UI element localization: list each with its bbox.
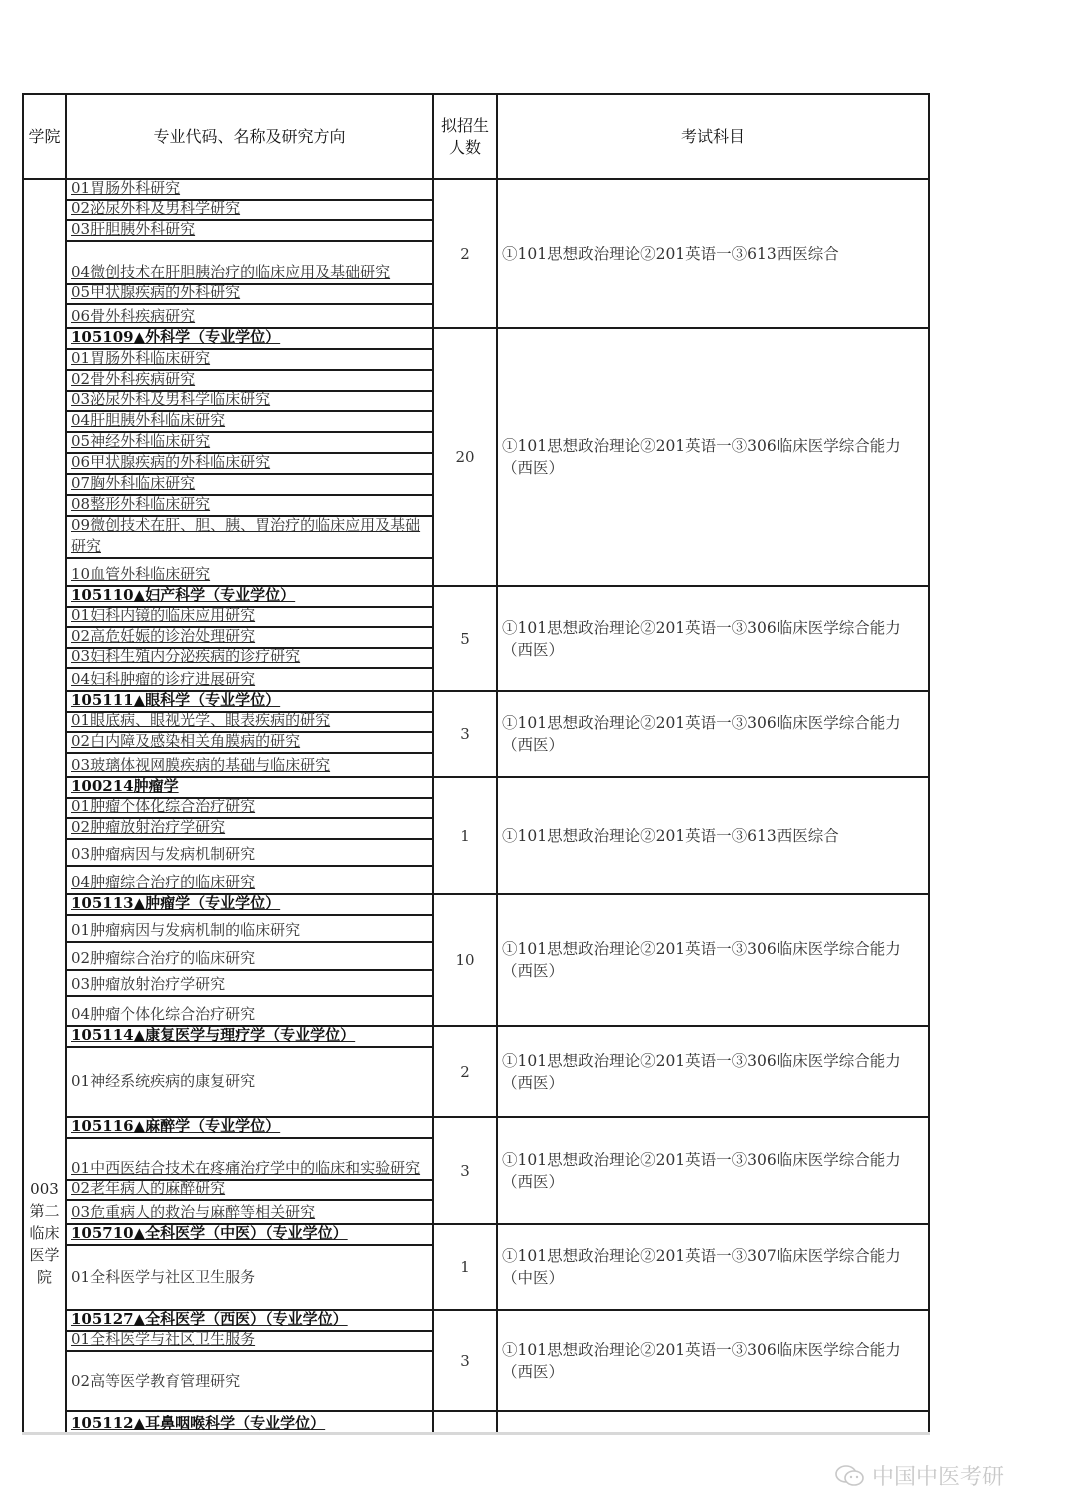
enroll-count: 10 (434, 895, 498, 1025)
major-group: 105114▲康复医学与理疗学（专业学位）01神经系统疾病的康复研究2①101思… (67, 1027, 928, 1118)
research-direction-text: 02骨外科疾病研究 (71, 371, 195, 390)
research-direction-text: 04妇科肿瘤的诊疗进展研究 (71, 669, 255, 690)
research-direction: 01全科医学与社区卫生服务 (67, 1332, 432, 1353)
major-title: 105113▲肿瘤学（专业学位） (67, 895, 432, 916)
major-title: 105110▲妇产科学（专业学位） (67, 587, 432, 608)
research-direction-text: 04肿瘤综合治疗的临床研究 (71, 872, 255, 893)
research-direction-text: 01胃肠外科研究 (71, 180, 180, 199)
research-direction: 04肝胆胰外科临床研究 (67, 412, 432, 433)
exam-subjects (498, 1412, 928, 1434)
enroll-count: 2 (434, 180, 498, 327)
major-title-text: 105113▲肿瘤学（专业学位） (71, 895, 280, 914)
research-direction: 03肿瘤放射治疗学研究 (67, 971, 432, 998)
research-direction: 02白内障及感染相关角膜病的研究 (67, 733, 432, 754)
major-group: 105710▲全科医学（中医）（专业学位）01全科医学与社区卫生服务1①101思… (67, 1225, 928, 1311)
research-direction-text: 02泌尿外科及男科学研究 (71, 201, 240, 220)
major-title-text: 105114▲康复医学与理疗学（专业学位） (71, 1027, 355, 1046)
research-direction-text: 07胸外科临床研究 (71, 475, 195, 494)
exam-subjects: ①101思想政治理论②201英语一③306临床医学综合能力（西医） (498, 587, 928, 690)
research-direction: 01肿瘤个体化综合治疗研究 (67, 799, 432, 820)
major-title: 105127▲全科医学（西医）（专业学位） (67, 1311, 432, 1332)
research-direction: 05甲状腺疾病的外科研究 (67, 285, 432, 306)
research-direction: 02泌尿外科及男科学研究 (67, 201, 432, 222)
research-direction: 06骨外科疾病研究 (67, 305, 432, 327)
college-name-line: 医学 (24, 1244, 65, 1266)
research-direction: 05神经外科临床研究 (67, 433, 432, 454)
research-direction: 09微创技术在肝、胆、胰、胃治疗的临床应用及基础研究 (67, 517, 432, 560)
research-direction-text: 04肝胆胰外科临床研究 (71, 412, 225, 431)
research-direction-text: 10血管外科临床研究 (71, 564, 210, 585)
research-direction-text: 03妇科生殖内分泌疾病的诊疗研究 (71, 649, 300, 668)
research-direction: 01中西医结合技术在疼痛治疗学中的临床和实验研究 (67, 1139, 432, 1181)
major-group: 105109▲外科学（专业学位）01胃肠外科临床研究02骨外科疾病研究03泌尿外… (67, 329, 928, 587)
research-direction-text: 04肿瘤个体化综合治疗研究 (71, 1004, 255, 1025)
header-major: 专业代码、名称及研究方向 (67, 95, 434, 178)
enroll-count: 3 (434, 1118, 498, 1223)
research-direction-text: 02白内障及感染相关角膜病的研究 (71, 733, 300, 752)
research-direction: 01全科医学与社区卫生服务 (67, 1246, 432, 1309)
header-exam-subjects: 考试科目 (498, 95, 928, 178)
major-title-text: 105111▲眼科学（专业学位） (71, 692, 280, 711)
college-name: 003第二临床医学院 (24, 1178, 65, 1288)
research-direction: 01眼底病、眼视光学、眼表疾病的研究 (67, 713, 432, 734)
major-list: 105116▲麻醉学（专业学位）01中西医结合技术在疼痛治疗学中的临床和实验研究… (67, 1118, 434, 1223)
research-direction-text: 03肿瘤放射治疗学研究 (71, 974, 225, 995)
major-title-text: 100214肿瘤学 (71, 778, 179, 797)
research-direction: 01神经系统疾病的康复研究 (67, 1048, 432, 1116)
enroll-count (434, 1412, 498, 1434)
college-name-line: 第二 (24, 1200, 65, 1222)
table-header: 学院 专业代码、名称及研究方向 拟招生人数 考试科目 (24, 95, 928, 180)
research-direction: 03危重病人的救治与麻醉等相关研究 (67, 1201, 432, 1223)
major-title: 105111▲眼科学（专业学位） (67, 692, 432, 713)
major-list: 105112▲耳鼻咽喉科学（专业学位） (67, 1412, 434, 1434)
header-college: 学院 (24, 95, 67, 178)
research-direction-text: 03肿瘤病因与发病机制研究 (71, 844, 255, 865)
major-title-text: 105710▲全科医学（中医）（专业学位） (71, 1225, 348, 1244)
enroll-count: 3 (434, 692, 498, 776)
major-list: 105127▲全科医学（西医）（专业学位）01全科医学与社区卫生服务02高等医学… (67, 1311, 434, 1410)
major-group: 105112▲耳鼻咽喉科学（专业学位） (67, 1412, 928, 1434)
research-direction-text: 01胃肠外科临床研究 (71, 350, 210, 369)
table-body: 003第二临床医学院 01胃肠外科研究02泌尿外科及男科学研究03肝胆胰外科研究… (24, 180, 928, 1434)
header-enroll-count: 拟招生人数 (434, 95, 498, 178)
exam-subjects: ①101思想政治理论②201英语一③306临床医学综合能力（西医） (498, 692, 928, 776)
research-direction: 03泌尿外科及男科学临床研究 (67, 392, 432, 413)
enroll-count: 1 (434, 778, 498, 893)
major-title: 105710▲全科医学（中医）（专业学位） (67, 1225, 432, 1246)
research-direction-text: 02老年病人的麻醉研究 (71, 1181, 225, 1200)
research-direction-text: 01神经系统疾病的康复研究 (71, 1071, 255, 1092)
research-direction-text: 01肿瘤个体化综合治疗研究 (71, 799, 255, 818)
exam-subjects: ①101思想政治理论②201英语一③306临床医学综合能力（西医） (498, 1027, 928, 1116)
watermark-text: 中国中医考研 (872, 1460, 1004, 1491)
research-direction-text: 02肿瘤放射治疗学研究 (71, 819, 225, 838)
major-list: 105111▲眼科学（专业学位）01眼底病、眼视光学、眼表疾病的研究02白内障及… (67, 692, 434, 776)
watermark: 中国中医考研 (834, 1460, 1004, 1491)
research-direction: 04妇科肿瘤的诊疗进展研究 (67, 669, 432, 690)
college-name-line: 临床 (24, 1222, 65, 1244)
research-direction: 02高危妊娠的诊治处理研究 (67, 628, 432, 649)
research-direction: 04肿瘤个体化综合治疗研究 (67, 997, 432, 1025)
research-direction: 01胃肠外科临床研究 (67, 350, 432, 371)
major-group: 105110▲妇产科学（专业学位）01妇科内镜的临床应用研究02高危妊娠的诊治处… (67, 587, 928, 692)
research-direction-text: 01肿瘤病因与发病机制的临床研究 (71, 920, 300, 941)
college-name-line: 003 (24, 1178, 65, 1200)
major-title: 105114▲康复医学与理疗学（专业学位） (67, 1027, 432, 1048)
research-direction-text: 03肝胆胰外科研究 (71, 221, 195, 240)
major-group: 105111▲眼科学（专业学位）01眼底病、眼视光学、眼表疾病的研究02白内障及… (67, 692, 928, 778)
major-list: 105114▲康复医学与理疗学（专业学位）01神经系统疾病的康复研究 (67, 1027, 434, 1116)
enroll-count: 5 (434, 587, 498, 690)
research-direction-text: 01全科医学与社区卫生服务 (71, 1267, 255, 1288)
research-direction: 03妇科生殖内分泌疾病的诊疗研究 (67, 649, 432, 670)
major-group: 105113▲肿瘤学（专业学位）01肿瘤病因与发病机制的临床研究02肿瘤综合治疗… (67, 895, 928, 1027)
research-direction-text: 09微创技术在肝、胆、胰、胃治疗的临床应用及基础研究 (71, 517, 430, 558)
research-direction: 02肿瘤放射治疗学研究 (67, 819, 432, 840)
research-direction-text: 02高等医学教育管理研究 (71, 1371, 240, 1392)
exam-subjects: ①101思想政治理论②201英语一③306临床医学综合能力（西医） (498, 1311, 928, 1410)
major-title: 100214肿瘤学 (67, 778, 432, 799)
research-direction-text: 06甲状腺疾病的外科临床研究 (71, 454, 270, 473)
major-list: 01胃肠外科研究02泌尿外科及男科学研究03肝胆胰外科研究04微创技术在肝胆胰治… (67, 180, 434, 327)
research-direction: 03玻璃体视网膜疾病的基础与临床研究 (67, 754, 432, 776)
research-direction-text: 02高危妊娠的诊治处理研究 (71, 628, 255, 647)
research-direction-text: 01全科医学与社区卫生服务 (71, 1332, 255, 1351)
research-direction: 01妇科内镜的临床应用研究 (67, 608, 432, 629)
research-direction: 02高等医学教育管理研究 (67, 1352, 432, 1410)
major-groups: 01胃肠外科研究02泌尿外科及男科学研究03肝胆胰外科研究04微创技术在肝胆胰治… (67, 180, 928, 1434)
enroll-count: 3 (434, 1311, 498, 1410)
research-direction-text: 01妇科内镜的临床应用研究 (71, 608, 255, 627)
admissions-table: 学院 专业代码、名称及研究方向 拟招生人数 考试科目 003第二临床医学院 01… (22, 93, 930, 1434)
major-group: 105116▲麻醉学（专业学位）01中西医结合技术在疼痛治疗学中的临床和实验研究… (67, 1118, 928, 1225)
research-direction: 01肿瘤病因与发病机制的临床研究 (67, 916, 432, 944)
exam-subjects: ①101思想政治理论②201英语一③613西医综合 (498, 180, 928, 327)
major-title: 105112▲耳鼻咽喉科学（专业学位） (67, 1412, 432, 1434)
research-direction-text: 05神经外科临床研究 (71, 433, 210, 452)
research-direction: 07胸外科临床研究 (67, 475, 432, 496)
research-direction: 04微创技术在肝胆胰治疗的临床应用及基础研究 (67, 242, 432, 284)
research-direction: 10血管外科临床研究 (67, 559, 432, 585)
major-list: 105110▲妇产科学（专业学位）01妇科内镜的临床应用研究02高危妊娠的诊治处… (67, 587, 434, 690)
major-title-text: 105116▲麻醉学（专业学位） (71, 1118, 280, 1137)
major-list: 100214肿瘤学01肿瘤个体化综合治疗研究02肿瘤放射治疗学研究03肿瘤病因与… (67, 778, 434, 893)
research-direction: 01胃肠外科研究 (67, 180, 432, 201)
research-direction-text: 08整形外科临床研究 (71, 496, 210, 515)
research-direction-text: 01中西医结合技术在疼痛治疗学中的临床和实验研究 (71, 1158, 420, 1179)
major-title: 105109▲外科学（专业学位） (67, 329, 432, 350)
research-direction-text: 06骨外科疾病研究 (71, 306, 195, 327)
research-direction-text: 02肿瘤综合治疗的临床研究 (71, 948, 255, 969)
wechat-icon (834, 1464, 866, 1488)
enroll-count: 2 (434, 1027, 498, 1116)
enroll-count: 20 (434, 329, 498, 585)
major-title-text: 105109▲外科学（专业学位） (71, 329, 280, 348)
major-group: 100214肿瘤学01肿瘤个体化综合治疗研究02肿瘤放射治疗学研究03肿瘤病因与… (67, 778, 928, 895)
exam-subjects: ①101思想政治理论②201英语一③306临床医学综合能力（西医） (498, 1118, 928, 1223)
exam-subjects: ①101思想政治理论②201英语一③306临床医学综合能力（西医） (498, 895, 928, 1025)
exam-subjects: ①101思想政治理论②201英语一③306临床医学综合能力（西医） (498, 329, 928, 585)
major-list: 105109▲外科学（专业学位）01胃肠外科临床研究02骨外科疾病研究03泌尿外… (67, 329, 434, 585)
research-direction-text: 03泌尿外科及男科学临床研究 (71, 392, 270, 411)
major-title-text: 105112▲耳鼻咽喉科学（专业学位） (71, 1413, 325, 1434)
research-direction: 02肿瘤综合治疗的临床研究 (67, 943, 432, 971)
exam-subjects: ①101思想政治理论②201英语一③613西医综合 (498, 778, 928, 893)
research-direction-text: 01眼底病、眼视光学、眼表疾病的研究 (71, 713, 330, 732)
major-list: 105113▲肿瘤学（专业学位）01肿瘤病因与发病机制的临床研究02肿瘤综合治疗… (67, 895, 434, 1025)
major-title: 105116▲麻醉学（专业学位） (67, 1118, 432, 1139)
research-direction: 04肿瘤综合治疗的临床研究 (67, 867, 432, 894)
research-direction-text: 05甲状腺疾病的外科研究 (71, 285, 240, 304)
research-direction-text: 03玻璃体视网膜疾病的基础与临床研究 (71, 755, 330, 776)
major-title-text: 105110▲妇产科学（专业学位） (71, 587, 295, 606)
page-bottom-edge (22, 1432, 930, 1435)
research-direction: 03肝胆胰外科研究 (67, 221, 432, 242)
major-group: 01胃肠外科研究02泌尿外科及男科学研究03肝胆胰外科研究04微创技术在肝胆胰治… (67, 180, 928, 329)
research-direction: 02骨外科疾病研究 (67, 371, 432, 392)
research-direction-text: 04微创技术在肝胆胰治疗的临床应用及基础研究 (71, 262, 390, 283)
major-title-text: 105127▲全科医学（西医）（专业学位） (71, 1311, 348, 1330)
research-direction: 02老年病人的麻醉研究 (67, 1181, 432, 1202)
college-name-line: 院 (24, 1266, 65, 1288)
research-direction: 03肿瘤病因与发病机制研究 (67, 840, 432, 867)
research-direction: 06甲状腺疾病的外科临床研究 (67, 454, 432, 475)
major-group: 105127▲全科医学（西医）（专业学位）01全科医学与社区卫生服务02高等医学… (67, 1311, 928, 1412)
major-list: 105710▲全科医学（中医）（专业学位）01全科医学与社区卫生服务 (67, 1225, 434, 1309)
research-direction: 08整形外科临床研究 (67, 496, 432, 517)
enroll-count: 1 (434, 1225, 498, 1309)
exam-subjects: ①101思想政治理论②201英语一③307临床医学综合能力（中医） (498, 1225, 928, 1309)
college-cell: 003第二临床医学院 (24, 180, 67, 1434)
research-direction-text: 03危重病人的救治与麻醉等相关研究 (71, 1202, 315, 1223)
